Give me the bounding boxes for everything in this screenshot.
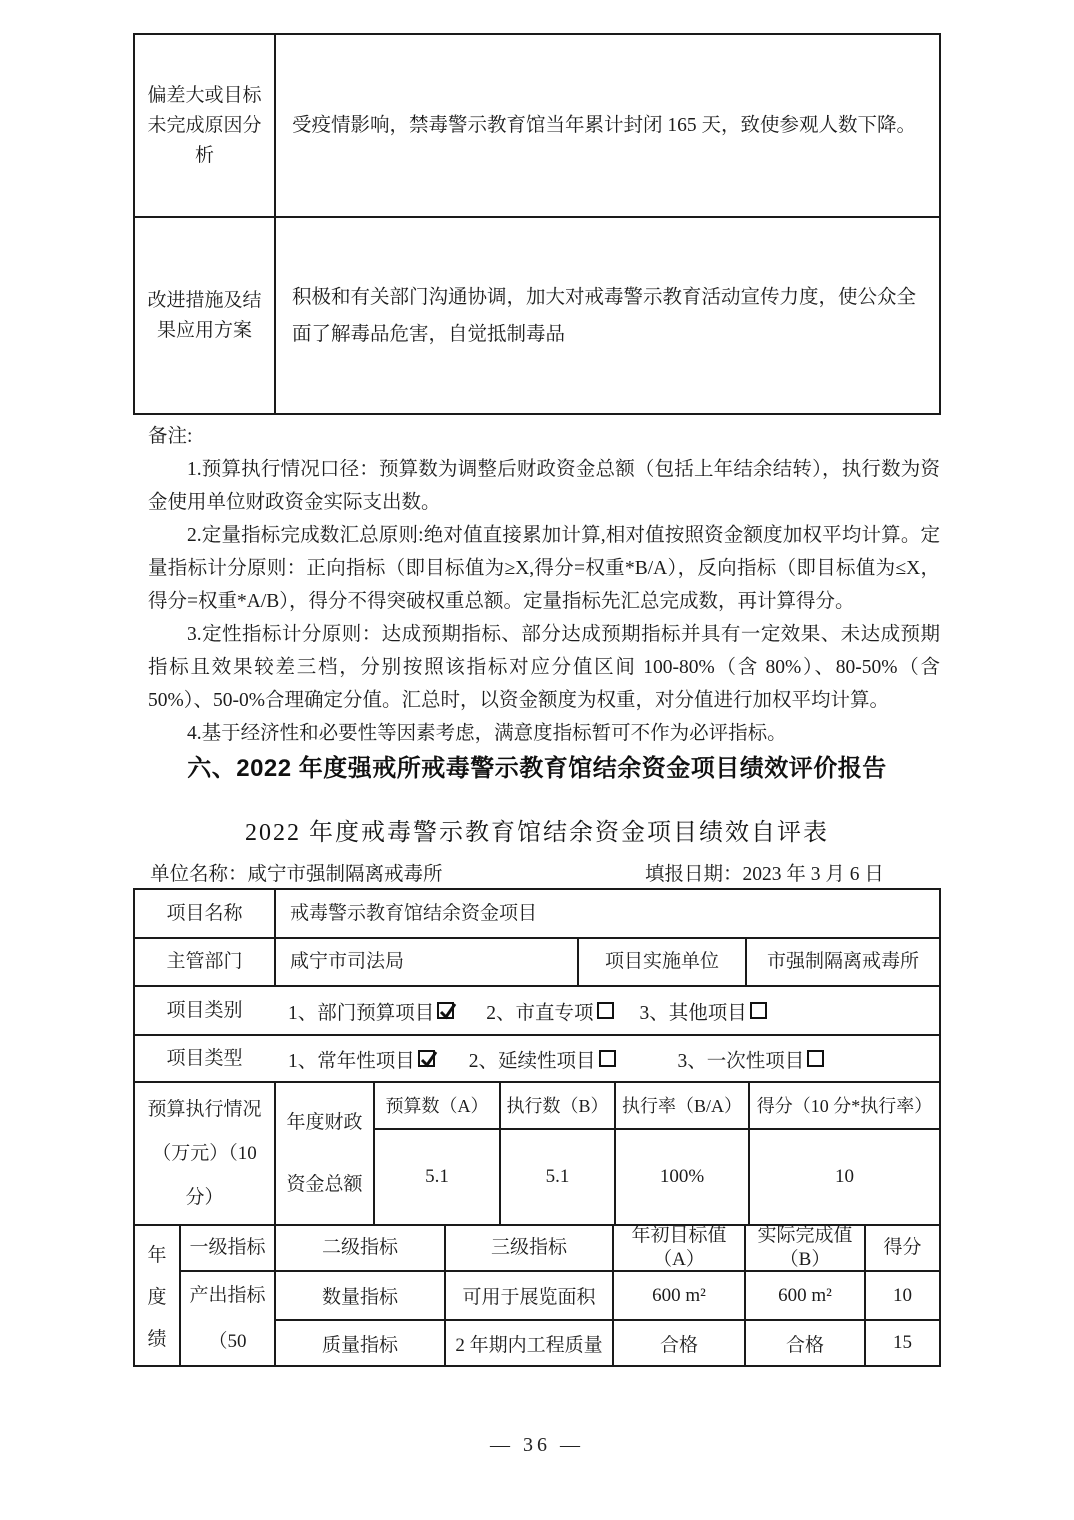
level3-header: 三级指标	[446, 1226, 612, 1272]
side-char: 年	[147, 1240, 166, 1267]
category-label: 项目类别	[135, 987, 274, 1034]
performance-indicator-band: 年 度 绩 一级指标 产出指标（50 二级指标 数量指标 质量指标 三级指标 可…	[135, 1224, 939, 1365]
checkbox-checked-icon	[418, 1050, 435, 1067]
impl-unit-label: 项目实施单位	[577, 939, 745, 985]
category-option-3: 3、其他项目	[640, 997, 767, 1025]
dept-label: 主管部门	[135, 939, 274, 985]
report-date-label: 填报日期：2023 年 3 月 6 日	[645, 858, 884, 886]
checkbox-empty-icon	[599, 1050, 616, 1067]
note-item-4: 4.基于经济性和必要性等因素考虑，满意度指标暂可不作为必评指标。	[148, 717, 940, 750]
level1-indicator-column: 一级指标 产出指标（50	[179, 1226, 274, 1365]
type-option-1: 1、常年性项目	[288, 1045, 435, 1073]
budget-header-row: 预算数（A） 执行数（B） 执行率（B/A） 得分（10 分*执行率）	[375, 1083, 939, 1130]
level3-indicator-column: 三级指标 可用于展览面积 2 年期内工程质量	[444, 1226, 612, 1365]
checkbox-checked-icon	[437, 1002, 454, 1019]
option-text: 2、延续性项目	[469, 1045, 596, 1073]
document-page: 偏差大或目标未完成原因分析 受疫情影响，禁毒警示教育馆当年累计封闭 165 天，…	[0, 0, 1074, 1520]
budget-grid: 预算数（A） 执行数（B） 执行率（B/A） 得分（10 分*执行率） 5.1 …	[373, 1083, 939, 1224]
perf-score-row2: 15	[866, 1321, 939, 1365]
exhibit-area-cell: 可用于展览面积	[446, 1272, 612, 1321]
meta-line: 单位名称：咸宁市强制隔离戒毒所 填报日期：2023 年 3 月 6 日	[150, 858, 930, 886]
table-title: 2022 年度戒毒警示教育馆结余资金项目绩效自评表	[133, 812, 941, 847]
deviation-reason-label: 偏差大或目标未完成原因分析	[135, 35, 274, 216]
checkbox-empty-icon	[807, 1050, 824, 1067]
category-option-1: 1、部门预算项目	[288, 997, 454, 1025]
type-option-2: 2、延续性项目	[469, 1045, 616, 1073]
deviation-improvement-table: 偏差大或目标未完成原因分析 受疫情影响，禁毒警示教育馆当年累计封闭 165 天，…	[133, 33, 941, 415]
improvement-plan-label: 改进措施及结果应用方案	[135, 218, 274, 413]
type-options: 1、常年性项目 2、延续性项目 3、一次性项目	[274, 1036, 939, 1081]
option-text: 3、一次性项目	[678, 1045, 805, 1073]
execution-b-header: 执行数（B）	[499, 1083, 614, 1128]
improvement-plan-content: 积极和有关部门沟通协调，加大对戒毒警示教育活动宣传力度，使公众全面了解毒品危害，…	[274, 218, 939, 413]
target-value-column: 年初目标值（A） 600 m² 合格	[612, 1226, 744, 1365]
type-option-3: 3、一次性项目	[678, 1045, 825, 1073]
project-name-value: 戒毒警示教育馆结余资金项目	[274, 890, 939, 937]
type-label: 项目类型	[135, 1036, 274, 1081]
output-indicator-group-label: 产出指标（50	[181, 1272, 274, 1365]
target-value-row2: 合格	[614, 1321, 744, 1365]
table-row: 偏差大或目标未完成原因分析 受疫情影响，禁毒警示教育馆当年累计封闭 165 天，…	[135, 35, 939, 216]
checkbox-empty-icon	[597, 1002, 614, 1019]
budget-execution-row: 预算执行情况（万元）（10 分） 年度财政资金总额 预算数（A） 执行数（B） …	[135, 1081, 939, 1224]
score-header: 得分（10 分*执行率）	[748, 1083, 939, 1128]
project-category-row: 项目类别 1、部门预算项目 2、市直专项 3、其他项目	[135, 985, 939, 1034]
actual-value-row1: 600 m²	[746, 1272, 864, 1321]
perf-score-header: 得分	[866, 1226, 939, 1272]
perf-score-row1: 10	[866, 1272, 939, 1321]
project-name-row: 项目名称 戒毒警示教育馆结余资金项目	[135, 890, 939, 937]
actual-value-row2: 合格	[746, 1321, 864, 1365]
actual-value-column: 实际完成值（B） 600 m² 合格	[744, 1226, 864, 1365]
budget-a-header: 预算数（A）	[375, 1083, 499, 1128]
department-row: 主管部门 咸宁市司法局 项目实施单位 市强制隔离戒毒所	[135, 937, 939, 985]
annual-performance-side-label: 年 度 绩	[135, 1226, 179, 1365]
note-item-2: 2.定量指标完成数汇总原则:绝对值直接累加计算,相对值按照资金额度加权平均计算。…	[148, 519, 940, 618]
deviation-reason-content: 受疫情影响，禁毒警示教育馆当年累计封闭 165 天，致使参观人数下降。	[274, 35, 939, 216]
score-value: 10	[748, 1130, 939, 1224]
impl-unit-value: 市强制隔离戒毒所	[745, 939, 939, 985]
option-text: 2、市直专项	[486, 997, 593, 1025]
quantity-indicator-cell: 数量指标	[276, 1272, 444, 1321]
budget-a-value: 5.1	[375, 1130, 499, 1224]
option-text: 1、常年性项目	[288, 1045, 415, 1073]
project-name-label: 项目名称	[135, 890, 274, 937]
execution-b-value: 5.1	[499, 1130, 614, 1224]
option-text: 3、其他项目	[640, 997, 747, 1025]
actual-value-header: 实际完成值（B）	[746, 1226, 864, 1272]
target-value-header: 年初目标值（A）	[614, 1226, 744, 1272]
notes-title: 备注:	[148, 420, 940, 453]
score-column: 得分 10 15	[864, 1226, 939, 1365]
dept-value: 咸宁市司法局	[274, 939, 577, 985]
section-heading: 六、2022 年度强戒所戒毒警示教育馆结余资金项目绩效评价报告	[133, 748, 941, 783]
note-item-1: 1.预算执行情况口径：预算数为调整后财政资金总额（包括上年结余结转），执行数为资…	[148, 453, 940, 519]
option-text: 1、部门预算项目	[288, 997, 434, 1025]
page-number: — 36 —	[0, 1434, 1074, 1457]
unit-name-label: 单位名称：咸宁市强制隔离戒毒所	[150, 858, 443, 886]
annual-fund-label: 年度财政资金总额	[274, 1083, 373, 1224]
side-char: 绩	[147, 1324, 166, 1351]
note-item-3: 3.定性指标计分原则：达成预期指标、部分达成预期指标并具有一定效果、未达成预期指…	[148, 618, 940, 717]
notes-section: 备注: 1.预算执行情况口径：预算数为调整后财政资金总额（包括上年结余结转），执…	[148, 420, 940, 750]
target-value-row1: 600 m²	[614, 1272, 744, 1321]
category-option-2: 2、市直专项	[486, 997, 613, 1025]
execution-rate-header: 执行率（B/A）	[614, 1083, 748, 1128]
self-evaluation-table: 项目名称 戒毒警示教育馆结余资金项目 主管部门 咸宁市司法局 项目实施单位 市强…	[133, 888, 941, 1367]
project-quality-cell: 2 年期内工程质量	[446, 1321, 612, 1365]
budget-value-row: 5.1 5.1 100% 10	[375, 1130, 939, 1224]
project-type-row: 项目类型 1、常年性项目 2、延续性项目 3、一次性项目	[135, 1034, 939, 1081]
level2-header: 二级指标	[276, 1226, 444, 1272]
level1-header: 一级指标	[181, 1226, 274, 1272]
level2-indicator-column: 二级指标 数量指标 质量指标	[274, 1226, 444, 1365]
category-options: 1、部门预算项目 2、市直专项 3、其他项目	[274, 987, 939, 1034]
checkbox-empty-icon	[750, 1002, 767, 1019]
budget-execution-label: 预算执行情况（万元）（10 分）	[135, 1083, 274, 1224]
side-char: 度	[147, 1282, 166, 1309]
execution-rate-value: 100%	[614, 1130, 748, 1224]
quality-indicator-cell: 质量指标	[276, 1321, 444, 1365]
table-row: 改进措施及结果应用方案 积极和有关部门沟通协调，加大对戒毒警示教育活动宣传力度，…	[135, 216, 939, 413]
